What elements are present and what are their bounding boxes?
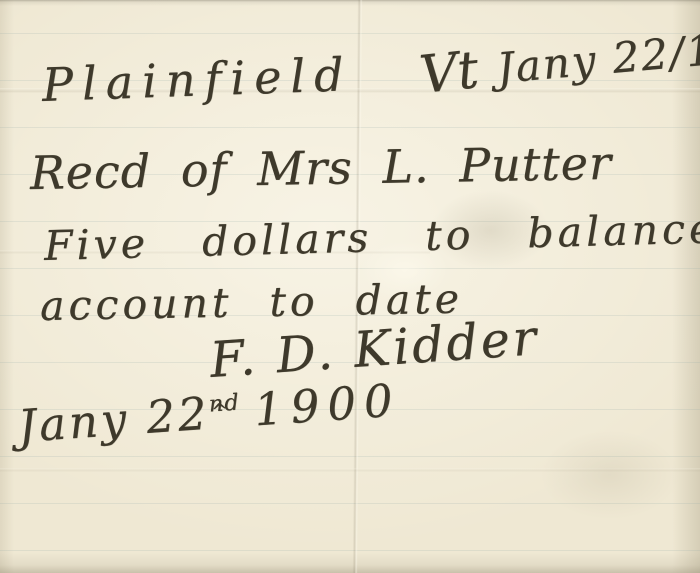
footer-date-ordinal-wrap: nd^ (208, 389, 242, 436)
handwritten-header-date: Jany 22/19 (495, 27, 700, 90)
handwritten-state-abbrev: Vt (417, 44, 481, 102)
footer-date-ordinal-caret: ^ (211, 400, 232, 422)
footer-date-prefix: Jany 22 (16, 387, 211, 453)
handwritten-received-line: Recd of Mrs L. Putter (30, 140, 613, 196)
horizontal-crease-bottom (0, 468, 700, 472)
receipt-paper: Plainfield Vt Jany 22/19 Recd of Mrs L. … (0, 0, 700, 573)
handwritten-footer-date: Jany 22nd^1900 (16, 377, 401, 449)
paper-wrinkle-shadow (540, 430, 680, 520)
handwritten-place-name: Plainfield (41, 51, 353, 108)
handwritten-amount-line: Five dollars to balance (43, 208, 700, 267)
footer-date-year: 1900 (252, 373, 402, 436)
